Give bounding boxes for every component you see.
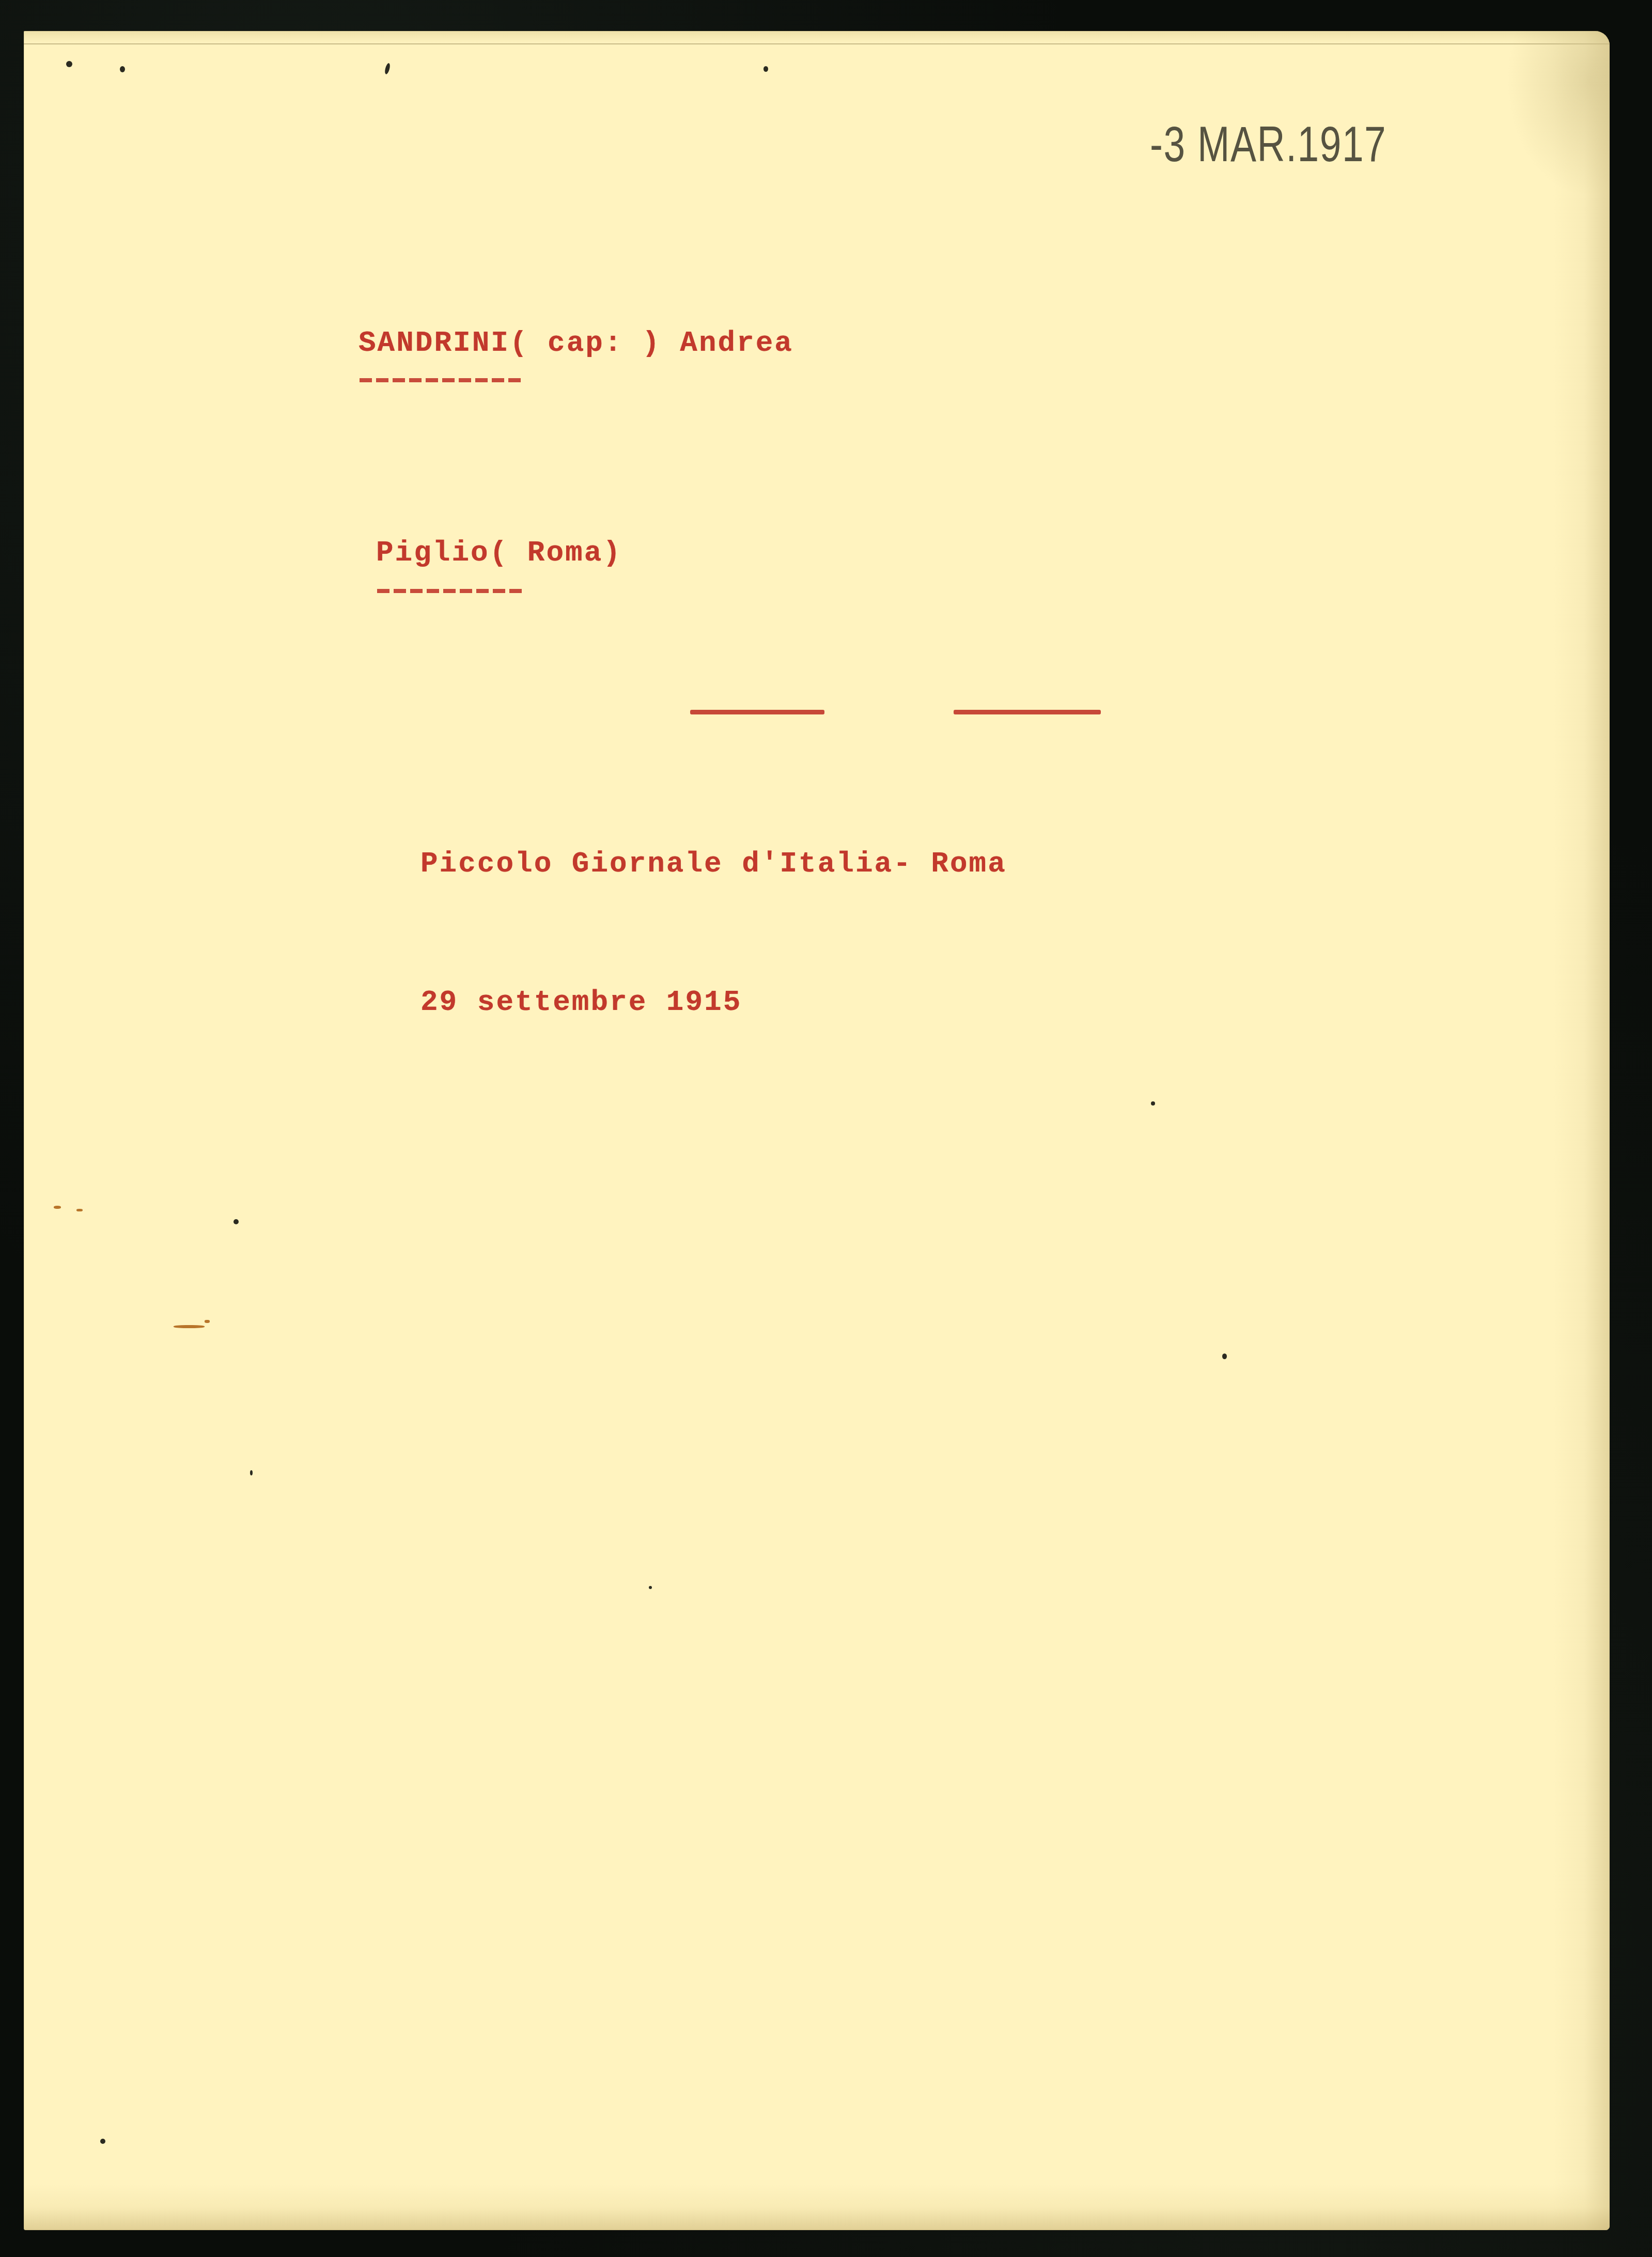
paper-sheet: -3 MAR.1917 SANDRINI( cap: ) Andrea Pigl… [24,31,1610,2230]
rust-speck [174,1325,205,1328]
paper-corner-stain [1506,31,1610,196]
paper-top-edge [24,31,1610,44]
speck [100,2139,105,2144]
paper-bottom-edge-discoloration [24,2184,1610,2230]
paper-right-edge-discoloration [1553,31,1610,2230]
place-of-origin: Piglio( Roma) [376,536,622,569]
publication-date: 29 settembre 1915 [420,986,742,1019]
speck [120,66,125,72]
speck [1151,1101,1155,1106]
newspaper-source: Piccolo Giornale d'Italia- Roma [420,847,1007,880]
person-name: SANDRINI( cap: ) Andrea [359,326,793,360]
speck [66,61,72,67]
speck [250,1470,253,1475]
rust-speck [205,1320,210,1323]
rust-speck [54,1206,61,1209]
speck [384,63,391,74]
separator-rule-left [690,710,824,714]
speck [1222,1353,1227,1359]
speck [233,1219,239,1224]
rust-speck [76,1209,83,1211]
name-underline [360,378,521,382]
speck [763,66,768,72]
separator-rule-right [954,710,1101,714]
place-underline [377,589,522,593]
received-date-stamp: -3 MAR.1917 [1150,116,1386,173]
speck [649,1586,652,1589]
